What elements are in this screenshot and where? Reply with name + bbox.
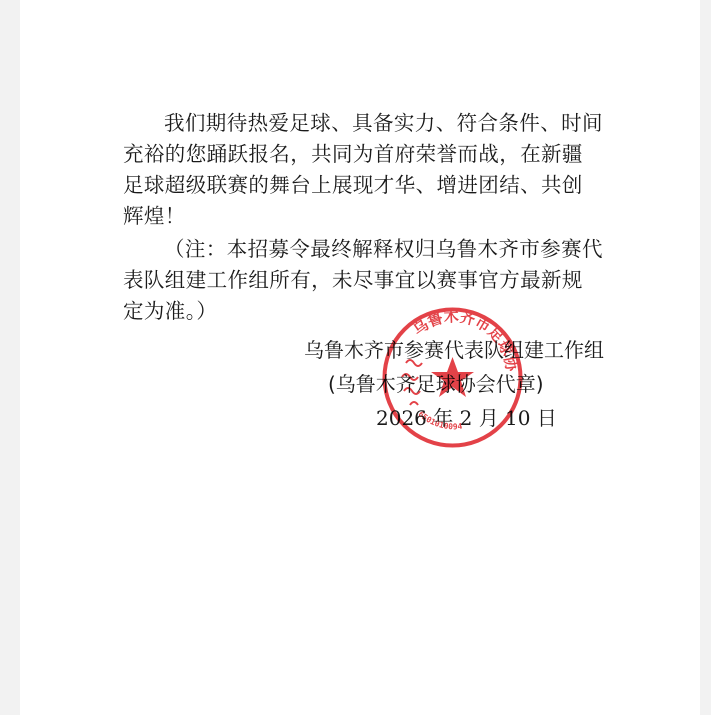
note-paragraph: （注：本招募令最终解释权归乌鲁木齐市参赛代表队组建工作组所有，未尽事宜以赛事官方… [123, 234, 603, 327]
seal-number: 6501010094 [416, 409, 462, 431]
svg-text:6501010094: 6501010094 [416, 409, 462, 431]
closing-paragraph: 我们期待热爱足球、具备实力、符合条件、时间充裕的您踊跃报名，共同为首府荣誉而战，… [123, 108, 603, 232]
document-body: 我们期待热爱足球、具备实力、符合条件、时间充裕的您踊跃报名，共同为首府荣誉而战，… [123, 108, 603, 327]
official-seal-icon: 乌鲁木齐市足球协会 6501010094 [380, 305, 525, 450]
